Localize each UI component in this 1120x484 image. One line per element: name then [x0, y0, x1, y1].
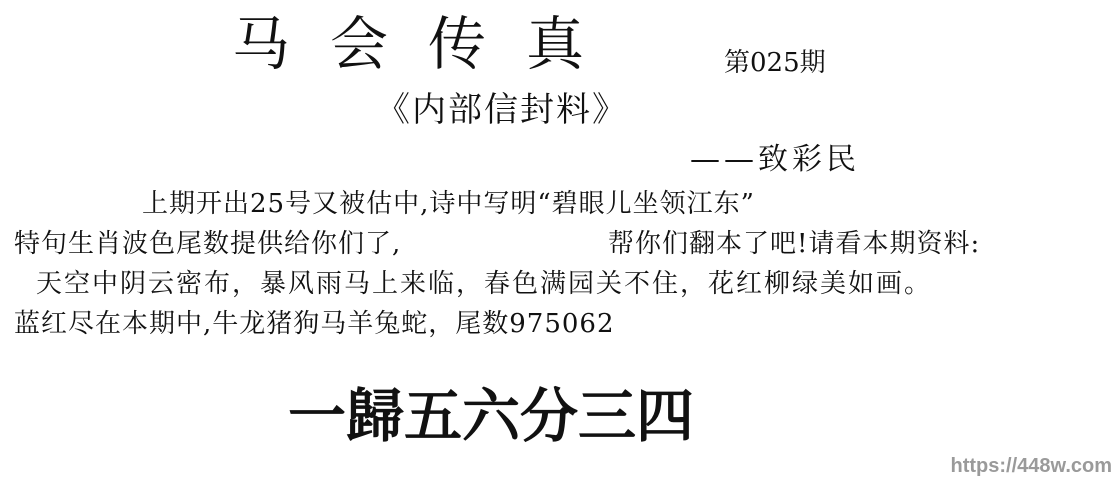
- body-line-1: 上期开出25号又被估中,诗中写明“碧眼儿坐领江东”: [142, 186, 755, 222]
- body-line-2-left: 特句生肖波色尾数提供给你们了,: [14, 226, 401, 262]
- watermark-link: https://448w.com: [950, 453, 1112, 479]
- body-line-3-poem: 天空中阴云密布，暴风雨马上来临，春色满园关不住，花红柳绿美如画。: [36, 266, 932, 302]
- body-line-4: 蓝红尽在本期中,牛龙猪狗马羊兔蛇，尾数975062: [14, 306, 615, 342]
- body-line-2-right: 帮你们翻本了吧!请看本期资料:: [608, 226, 980, 262]
- dedication: ——致彩民: [690, 140, 860, 180]
- answer-text: 一歸五六分三四: [288, 378, 694, 454]
- subtitle: 《内部信封料》: [376, 88, 628, 132]
- issue-number: 第025期: [724, 46, 826, 80]
- page-title: 马会传真: [232, 6, 624, 82]
